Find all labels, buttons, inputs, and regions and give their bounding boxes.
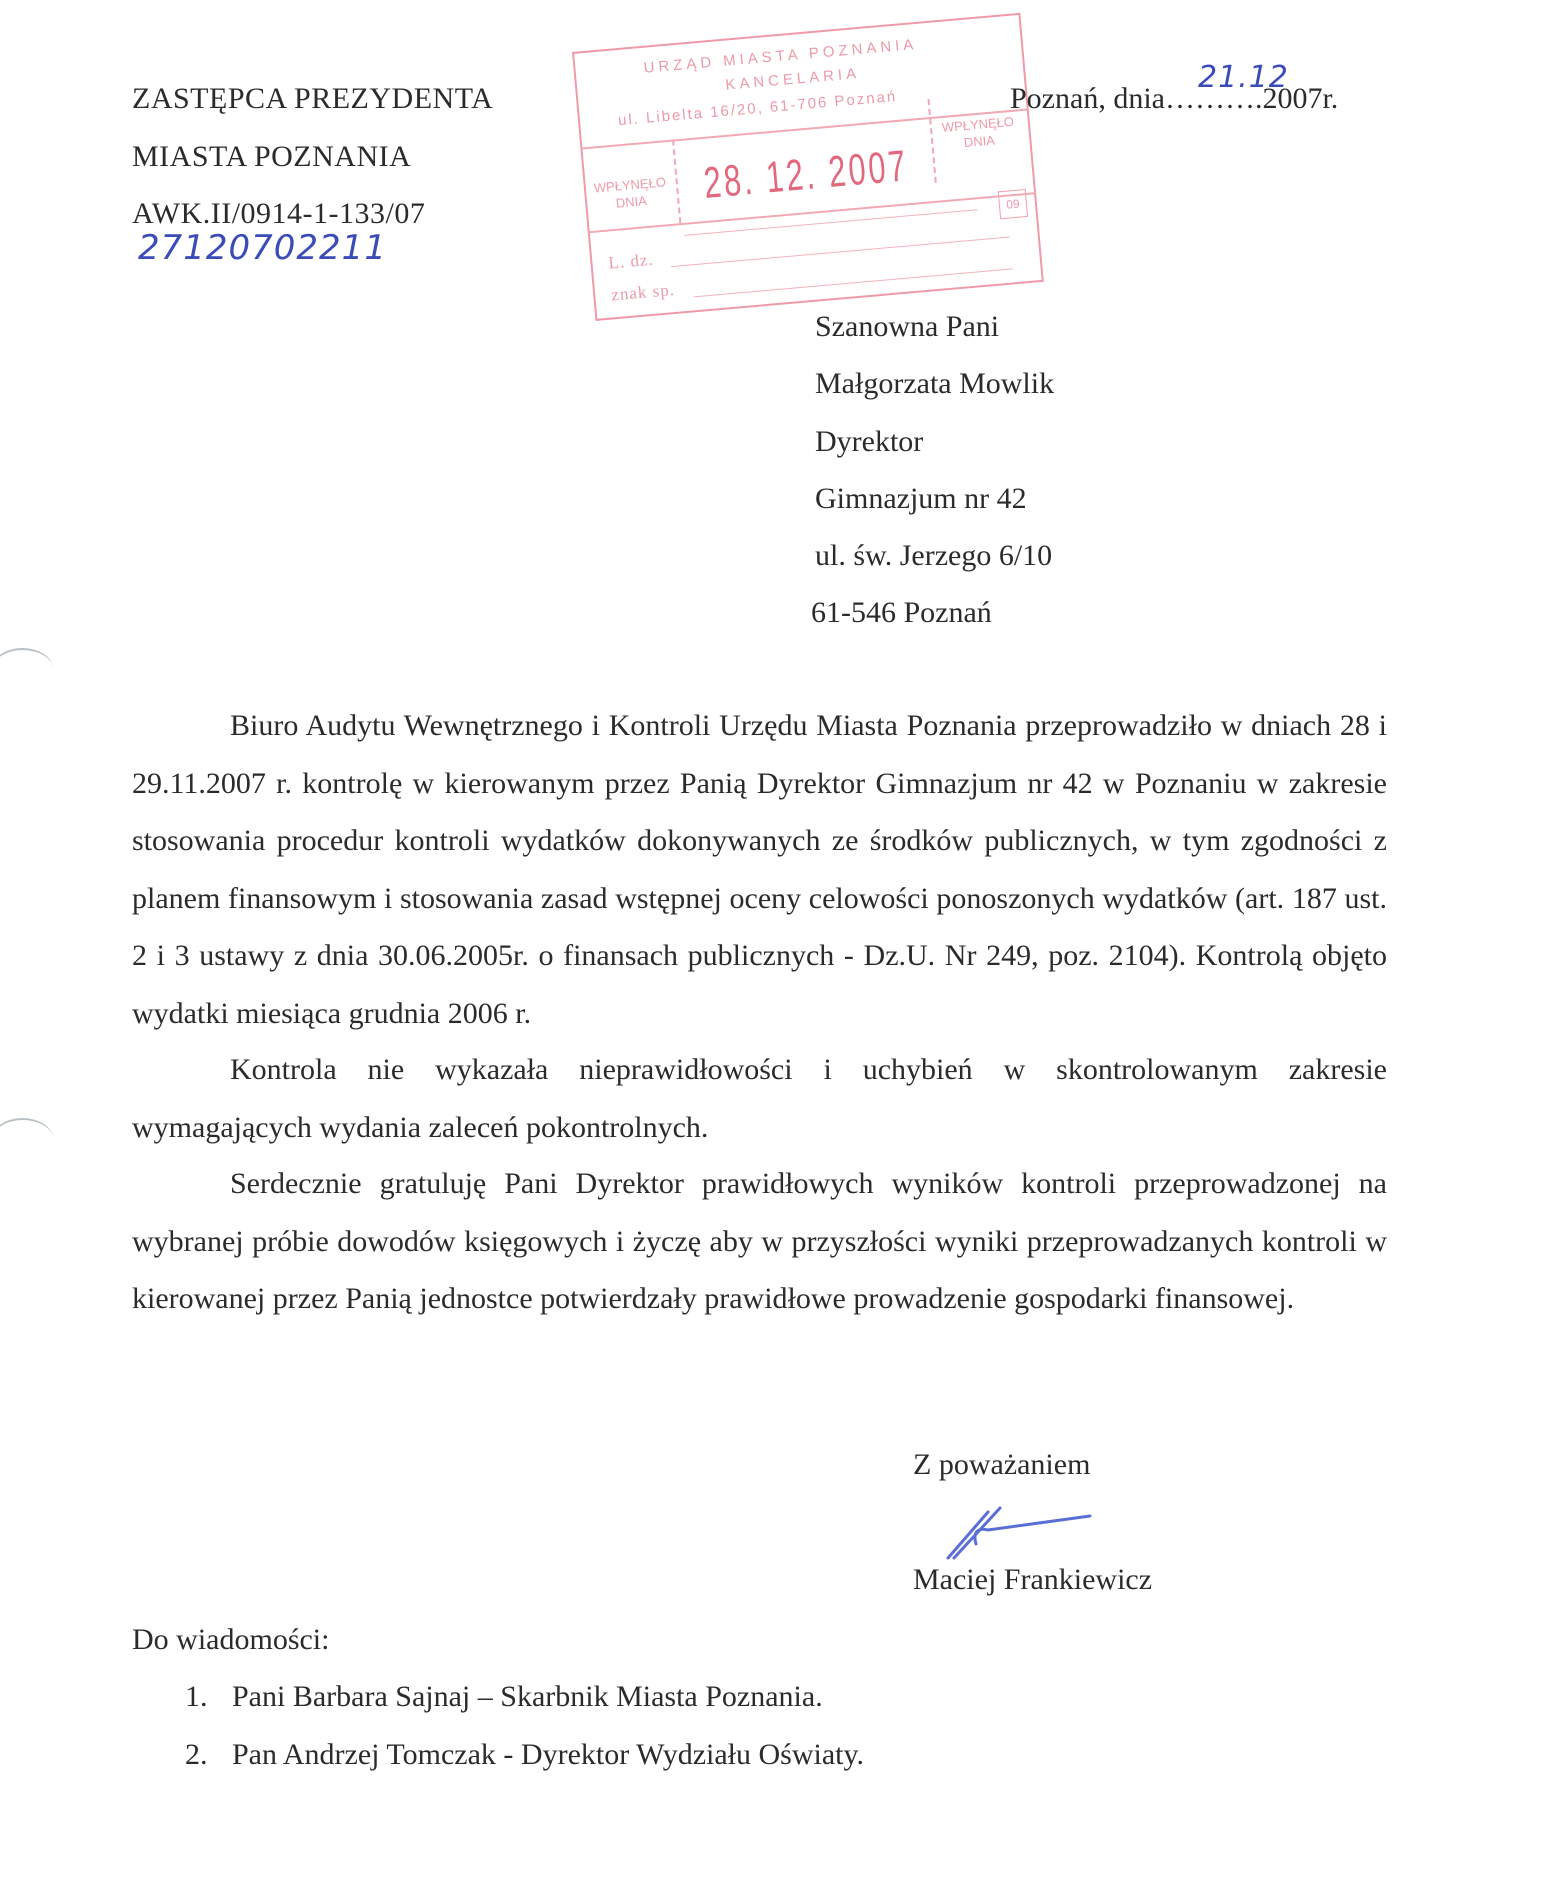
recipient-salutation: Szanowna Pani bbox=[815, 312, 999, 342]
recipient-name: Małgorzata Mowlik bbox=[815, 369, 1054, 399]
body-paragraph-3: Serdecznie gratuluję Pani Dyrektor prawi… bbox=[132, 1155, 1387, 1328]
cc-item-number: 2. bbox=[185, 1740, 232, 1770]
cc-list-item: 2.Pan Andrzej Tomczak - Dyrektor Wydział… bbox=[185, 1740, 864, 1770]
punch-hole-mark bbox=[0, 1118, 53, 1160]
recipient-city: 61-546 Poznań bbox=[811, 598, 992, 628]
punch-hole-mark bbox=[0, 648, 53, 690]
stamp-ldz-label: L. dz. bbox=[608, 250, 655, 274]
cc-item-number: 1. bbox=[185, 1682, 232, 1712]
stamp-received-label: WPŁYNĘŁO DNIA bbox=[589, 174, 672, 215]
cc-item-text: Pan Andrzej Tomczak - Dyrektor Wydziału … bbox=[232, 1738, 864, 1771]
paragraph-text: Kontrola nie wykazała nieprawidłowości i… bbox=[132, 1053, 1387, 1144]
date-prefix: Poznań, dnia bbox=[1010, 82, 1165, 115]
body-paragraph-1: Biuro Audytu Wewnętrznego i Kontroli Urz… bbox=[132, 697, 1387, 1042]
recipient-institution: Gimnazjum nr 42 bbox=[815, 484, 1027, 514]
recipient-street: ul. św. Jerzego 6/10 bbox=[815, 541, 1052, 571]
handwritten-date: 21.12 bbox=[1198, 60, 1289, 95]
place-date: Poznań, dnia……….2007r. bbox=[1010, 84, 1338, 114]
handwritten-registry-number: 27120702211 bbox=[138, 228, 387, 268]
cc-list-item: 1.Pani Barbara Sajnaj – Skarbnik Miasta … bbox=[185, 1682, 823, 1712]
sender-office: MIASTA POZNANIA bbox=[132, 142, 411, 172]
recipient-title: Dyrektor bbox=[815, 427, 923, 457]
closing-salutation: Z poważaniem bbox=[913, 1450, 1090, 1480]
paragraph-text: Serdecznie gratuluję Pani Dyrektor prawi… bbox=[132, 1167, 1387, 1315]
signer-name: Maciej Frankiewicz bbox=[913, 1565, 1152, 1595]
paragraph-text: Biuro Audytu Wewnętrznego i Kontroli Urz… bbox=[132, 709, 1387, 1030]
signature bbox=[940, 1500, 1100, 1570]
stamp-received-label: WPŁYNĘŁO DNIA bbox=[937, 113, 1020, 154]
reference-number: AWK.II/0914-1-133/07 bbox=[132, 199, 425, 229]
body-paragraph-2: Kontrola nie wykazała nieprawidłowości i… bbox=[132, 1041, 1387, 1156]
registry-stamp: URZĄD MIASTA POZNANIA KANCELARIA ul. Lib… bbox=[572, 13, 1044, 321]
sender-title: ZASTĘPCA PREZYDENTA bbox=[132, 84, 493, 114]
cc-item-text: Pani Barbara Sajnaj – Skarbnik Miasta Po… bbox=[232, 1680, 823, 1713]
cc-heading: Do wiadomości: bbox=[132, 1625, 329, 1655]
